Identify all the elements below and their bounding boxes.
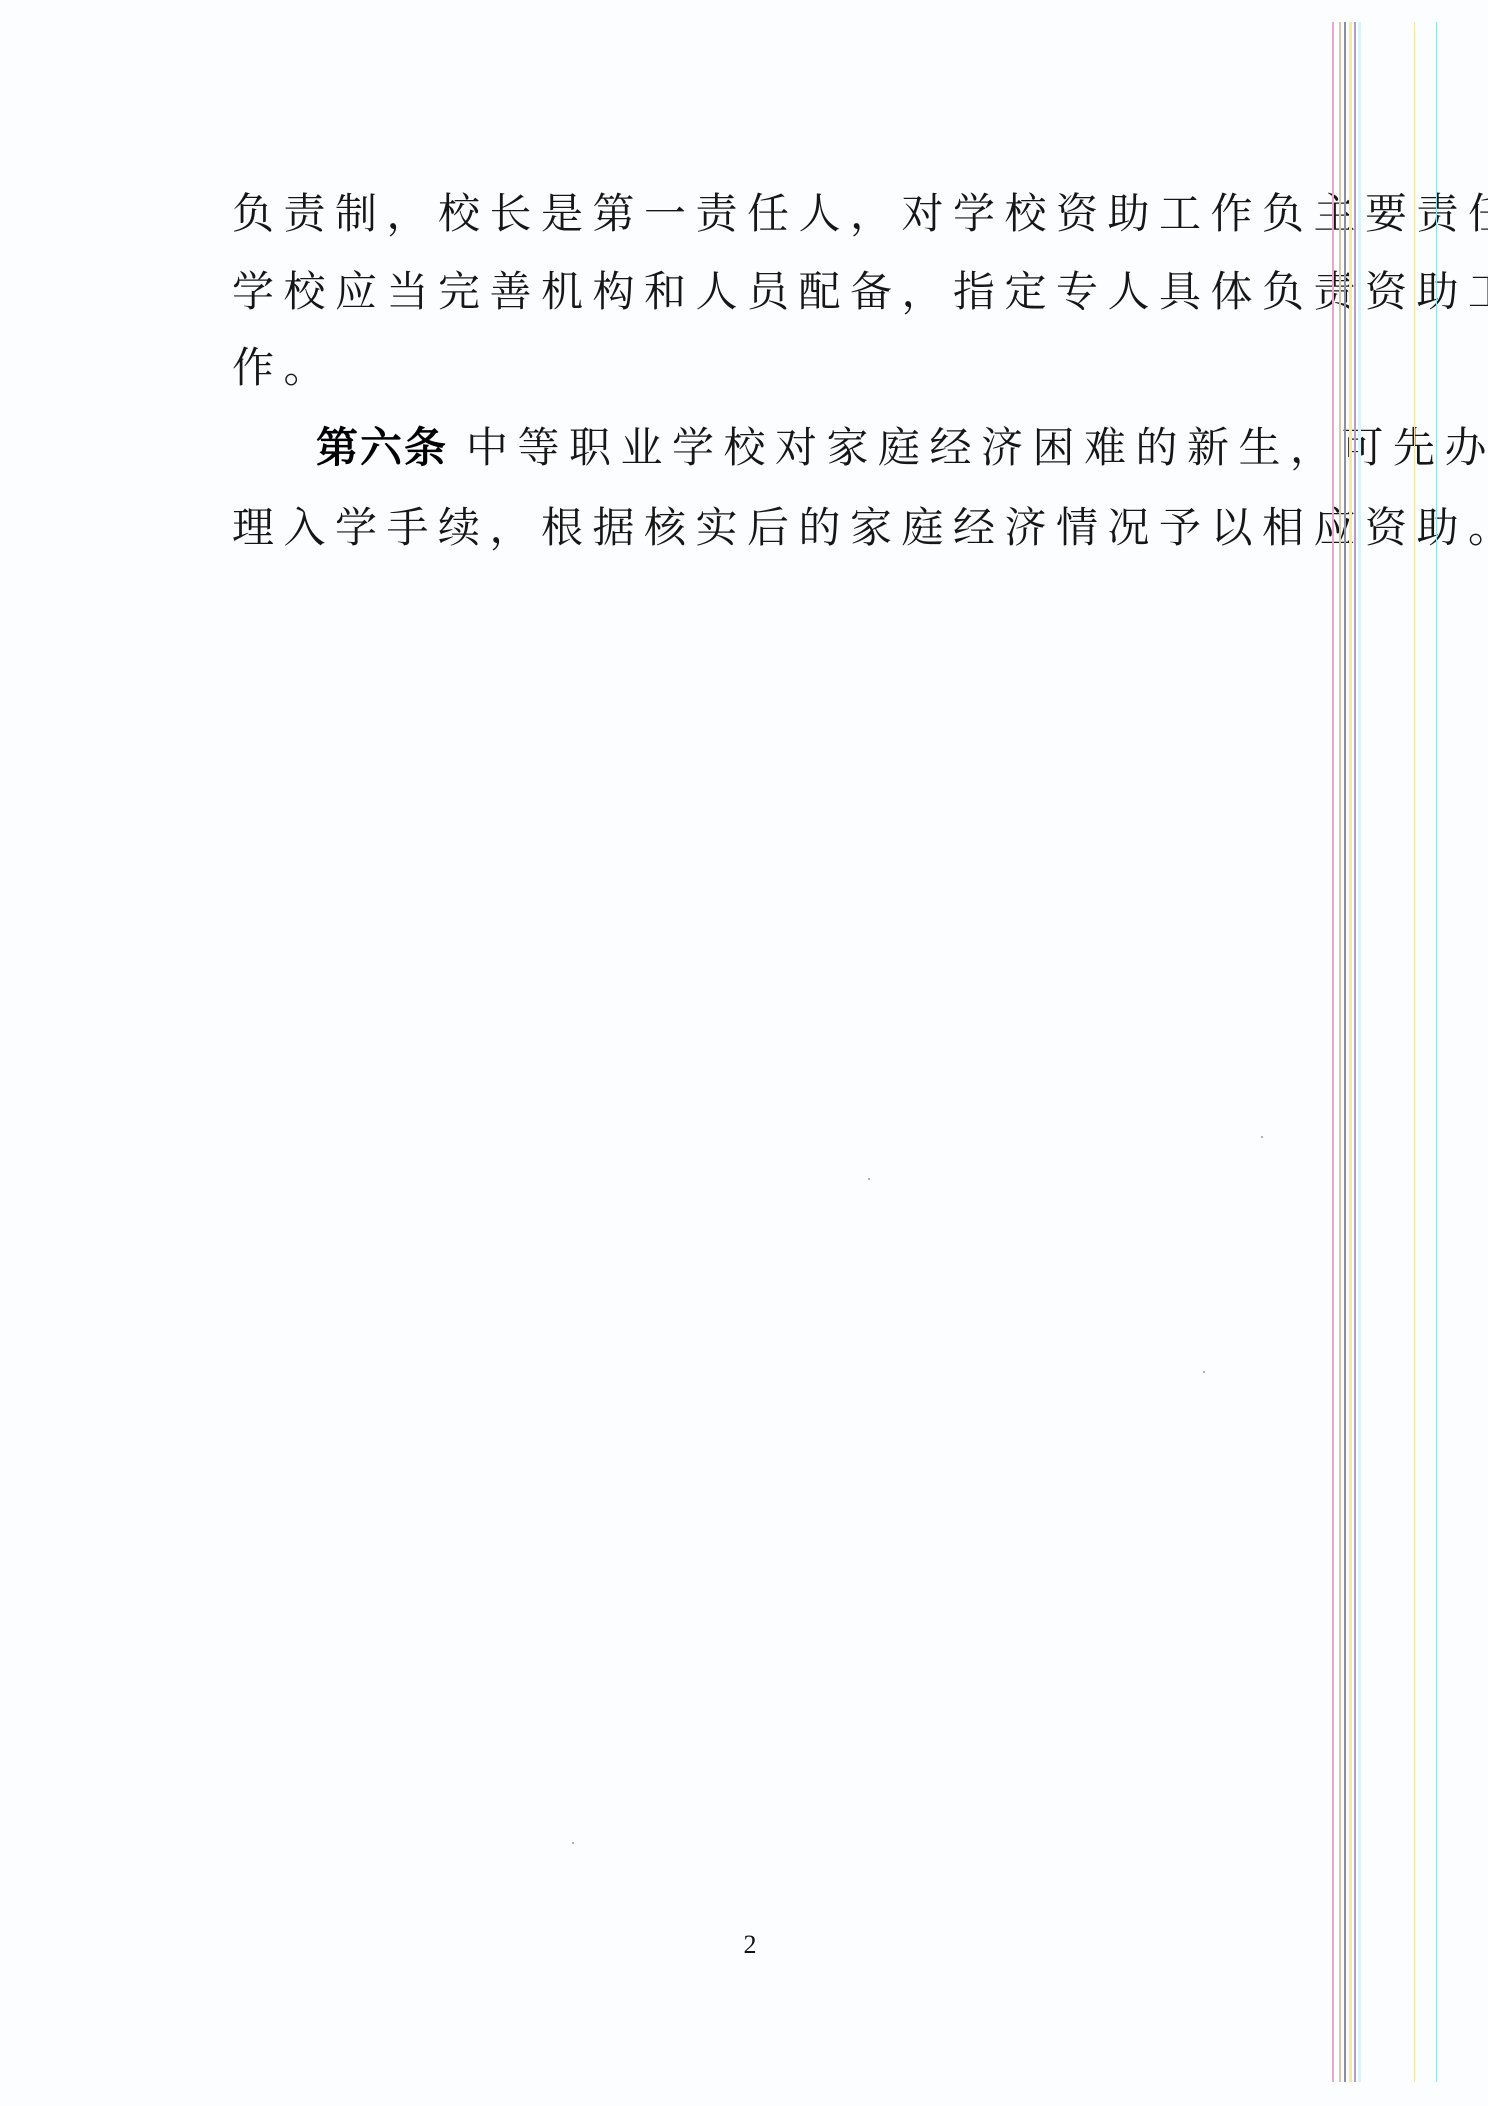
- scan-stripe: [1358, 22, 1361, 2082]
- scan-stripe: [1339, 22, 1341, 2082]
- article-heading: 第六条: [316, 423, 448, 472]
- text-line-3: 作。: [232, 342, 335, 394]
- article-6-paragraph: 第六条中等职业学校对家庭经济困难的新生，可先办: [316, 422, 1488, 474]
- page-number: 2: [740, 1930, 760, 1960]
- scanner-edge-stripes: [1330, 22, 1450, 2082]
- scan-speck: [868, 1178, 870, 1180]
- text-line-5: 理入学手续，根据核实后的家庭经济情况予以相应资助。: [232, 502, 1488, 554]
- scan-stripe: [1344, 22, 1346, 2082]
- scan-stripe: [1414, 22, 1415, 2082]
- scan-stripe: [1349, 22, 1352, 2082]
- scan-stripe: [1436, 22, 1437, 2082]
- scan-speck: [1203, 1371, 1205, 1373]
- scan-speck: [572, 1842, 574, 1844]
- text-line-2: 学校应当完善机构和人员配备，指定专人具体负责资助工: [232, 266, 1488, 318]
- scan-speck: [1261, 1136, 1263, 1138]
- scan-stripe: [1332, 22, 1334, 2082]
- text-line-1: 负责制，校长是第一责任人，对学校资助工作负主要责任。: [232, 188, 1488, 240]
- scanned-page: 负责制，校长是第一责任人，对学校资助工作负主要责任。 学校应当完善机构和人员配备…: [0, 0, 1488, 2106]
- scan-stripe: [1354, 22, 1356, 2082]
